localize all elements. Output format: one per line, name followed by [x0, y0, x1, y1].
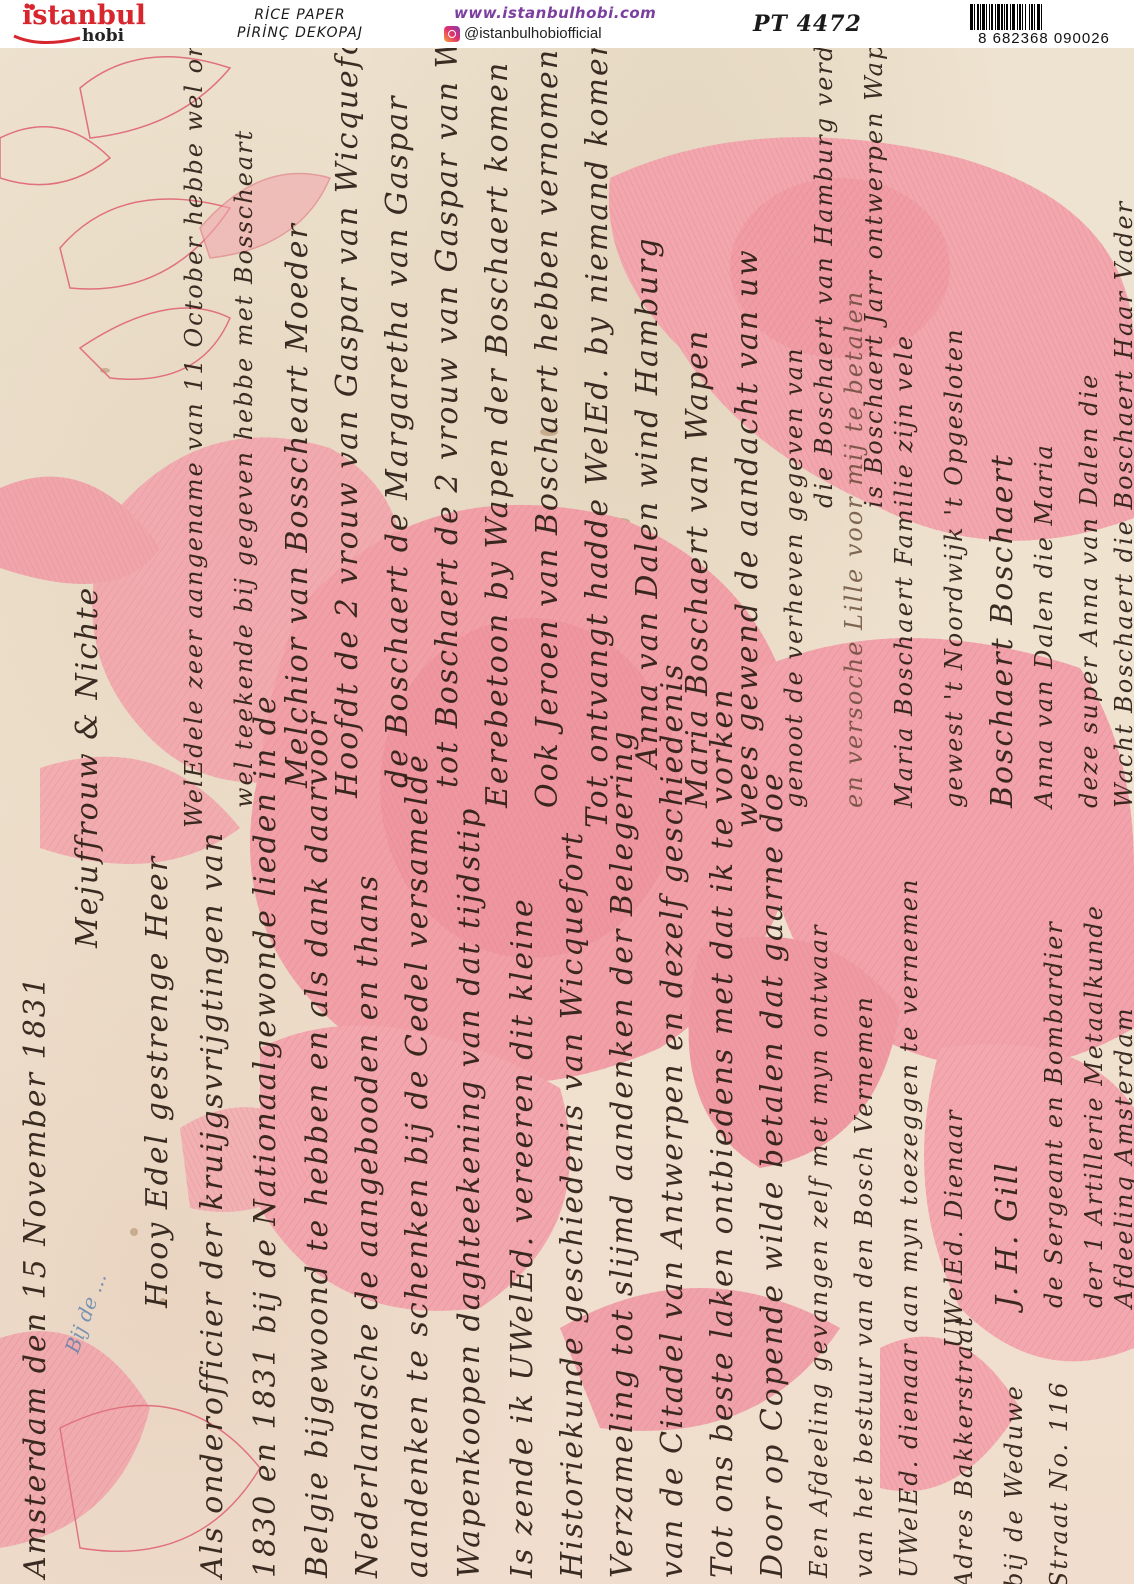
script-line: is Boschaert Jarr ontwerpen Wapen	[860, 48, 888, 508]
script-line: Eerebetoon by Wapen der Boschaert komen	[480, 61, 515, 808]
script-line: Tot ontvangt hadde WelEd. by niemand kom…	[580, 48, 615, 828]
script-line: Een Afdeeling gevangen zelf met myn ontw…	[805, 923, 833, 1578]
instagram-handle: @istanbulhobiofficial	[464, 25, 602, 42]
script-line: Ook Jeroen van Boschaert hebben vernomen	[530, 48, 565, 808]
script-line: Belgie bijgewoond te hebben en als dank …	[300, 710, 335, 1578]
script-line: de Sergeant en Bombardier	[1040, 920, 1068, 1308]
script-line: UWelEd. dienaar aan myn toezeggen te ver…	[895, 878, 923, 1578]
script-line: Tot ons beste laken ontbiedens met dat i…	[705, 687, 740, 1578]
script-line: wel teekende bij gegeven hebbe met Bossc…	[230, 129, 258, 808]
script-line: Is zende ik UWelEd. vereeren dit kleine	[505, 897, 540, 1578]
script-line: Amsterdam den 15 November 1831	[18, 975, 53, 1578]
product-title-tr: PİRİNÇ DEKOPAJ	[215, 24, 385, 42]
barcode-bar	[1042, 4, 1043, 30]
script-line: Nederlandsche de aangebooden en thans	[350, 874, 385, 1578]
script-line: Adres Bakkerstraat	[950, 1315, 978, 1584]
script-line: J. H. Gill	[990, 1161, 1025, 1308]
script-line: van het bestuur van den Bosch Vernemen	[850, 995, 878, 1578]
script-line: Afdeeling Amsterdam	[1110, 1006, 1134, 1308]
rice-paper-artwork: Amsterdam den 15 November 1831 Mejuffrou…	[0, 48, 1134, 1584]
script-line: aandenken te schenken bij de Cedel versa…	[400, 753, 435, 1578]
script-line: Mejuffrouw & Nichte	[70, 586, 105, 948]
brand-subname: hobi	[82, 26, 124, 46]
instagram-icon	[444, 26, 460, 42]
product-code: PT 4472	[753, 11, 862, 37]
script-line: Wapenkoopen daghteekening van dat tijdst…	[452, 807, 487, 1578]
script-line: Hoofdt de 2 vrouw van Gaspar van Wicquef…	[330, 48, 365, 798]
script-line: WelEdele zeer aangename van 11 October h…	[180, 48, 208, 828]
script-line: Maria Boschaert Familie zijn vele	[890, 334, 918, 808]
script-line: deze super Anna van Dalen die	[1075, 373, 1103, 808]
script-line: die Boschaert van Hamburg verdere	[810, 48, 838, 508]
script-line: Hooy Edel gestrenge Heer	[140, 855, 175, 1308]
script-line: de Boschaert de Margaretha van Gaspar	[380, 95, 415, 788]
script-line: der 1 Artillerie Metaalkunde	[1080, 904, 1108, 1308]
script-line: Als onderofficier der kruijgsvrijgtingen…	[195, 831, 230, 1578]
script-line: Boschaert Boschaert	[985, 453, 1020, 808]
brand-logo: istanbul hobi	[10, 2, 130, 46]
product-title: RİCE PAPER PİRİNÇ DEKOPAJ	[215, 6, 385, 42]
product-header: istanbul hobi RİCE PAPER PİRİNÇ DEKOPAJ …	[0, 0, 1134, 48]
website-link[interactable]: www.istanbulhobi.com	[440, 4, 700, 22]
script-line: gewest 't Noordwijk 't Opgesloten	[940, 327, 968, 808]
script-line: 1830 en 1831 bij de Nationaalgewonde lie…	[248, 694, 283, 1578]
script-line: Door op Copende wilde betalen dat gaarne…	[755, 771, 790, 1578]
barcode: 8 682368 090026	[958, 4, 1130, 46]
script-line: Anna van Dalen die Maria	[1030, 443, 1058, 808]
script-line: bij de Weduwe	[1000, 1384, 1028, 1584]
script-line: Melchior van Bosscheart Moeder	[280, 222, 315, 788]
script-line: tot Boschaert de 2 vrouw van Gaspar van …	[430, 48, 465, 788]
handwritten-script: Amsterdam den 15 November 1831 Mejuffrou…	[0, 48, 1134, 1584]
barcode-bars	[970, 4, 1120, 30]
script-line: Wacht Boschaert die Boschaert Haar Vader	[1110, 200, 1134, 808]
barcode-digits: 8 682368 090026	[958, 30, 1130, 47]
instagram-row[interactable]: @istanbulhobiofficial	[440, 25, 700, 42]
contact-block: www.istanbulhobi.com @istanbulhobioffici…	[440, 4, 700, 42]
script-line: Straat No. 116	[1045, 1380, 1073, 1584]
script-line: Verzameling tot slijmd aandenken der Bel…	[605, 730, 640, 1579]
script-line: genoot de verheven gegeven van	[780, 347, 808, 808]
script-line: UWelEd. Dienaar	[940, 1108, 968, 1348]
script-line: Anna van Dalen wind Hamburg	[630, 237, 665, 768]
script-line: Historiekunde geschiedenis van Wicquefor…	[555, 831, 590, 1578]
product-title-en: RİCE PAPER	[215, 6, 385, 24]
